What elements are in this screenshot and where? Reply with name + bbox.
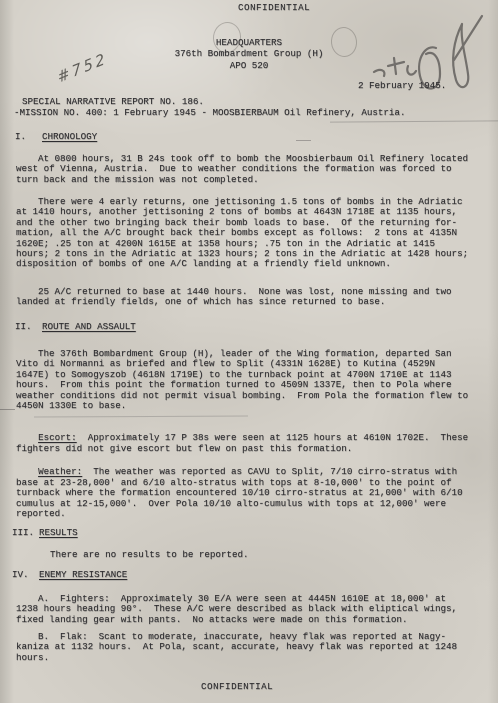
section-heading-enemy-resistance: IV.ENEMY RESISTANCE (12, 570, 127, 580)
classification-stamp-top: CONFIDENTIAL (238, 3, 310, 13)
report-number-line: SPECIAL NARRATIVE REPORT NO. 186. (22, 97, 204, 107)
section-heading-results: III.RESULTS (12, 528, 78, 538)
mission-line: -MISSION NO. 400: 1 February 1945 - MOOS… (14, 108, 405, 118)
header-apo: APO 520 (0, 60, 498, 71)
section-number: I. (15, 132, 42, 142)
header-org: HEADQUARTERS (0, 37, 498, 48)
section-number: IV. (12, 570, 39, 580)
paragraph-flak: B. Flak: Scant to moderate, inaccurate, … (16, 632, 496, 663)
paragraph: At 0800 hours, 31 B 24s took off to bomb… (16, 154, 496, 185)
paragraph: The 376th Bombardment Group (H), leader … (16, 349, 496, 411)
paragraph-weather: Weather: The weather was reported as CAV… (16, 457, 496, 530)
classification-stamp-bottom: CONFIDENTIAL (201, 682, 273, 692)
weather-text: The weather was reported as CAVU to Spli… (16, 466, 463, 519)
paragraph: There were 4 early returns, one jettison… (16, 197, 496, 270)
scan-artifact-dash (296, 140, 311, 141)
section-number: III. (12, 528, 39, 538)
escort-label: Escort: (38, 432, 77, 443)
header-unit: 376th Bombardment Group (H) (0, 48, 498, 59)
section-title: RESULTS (39, 527, 78, 538)
document-date: 2 February 1945. (358, 81, 446, 91)
section-number: II. (15, 322, 42, 332)
section-heading-route-and-assault: II.ROUTE AND ASSAULT (15, 322, 136, 332)
scan-artifact-dash (0, 409, 15, 410)
weather-label: Weather: (38, 466, 82, 477)
section-heading-chronology: I.CHRONOLOGY (15, 132, 97, 142)
scan-artifact-line (34, 415, 248, 417)
scanned-document-page: CONFIDENTIAL #752 HEADQUARTERS 376th Bom… (0, 0, 498, 703)
document-header: HEADQUARTERS 376th Bombardment Group (H)… (0, 37, 498, 71)
escort-text: Approximately 17 P 38s were seen at 1125… (16, 432, 468, 453)
paragraph: 25 A/C returned to base at 1440 hours. N… (16, 287, 496, 308)
section-title: ENEMY RESISTANCE (39, 569, 127, 580)
section-title: ROUTE AND ASSAULT (42, 321, 136, 332)
paragraph-fighters: A. Fighters: Approximately 30 E/A were s… (16, 594, 496, 625)
section-title: CHRONOLOGY (42, 131, 97, 142)
paragraph: There are no results to be reported. (16, 550, 496, 560)
